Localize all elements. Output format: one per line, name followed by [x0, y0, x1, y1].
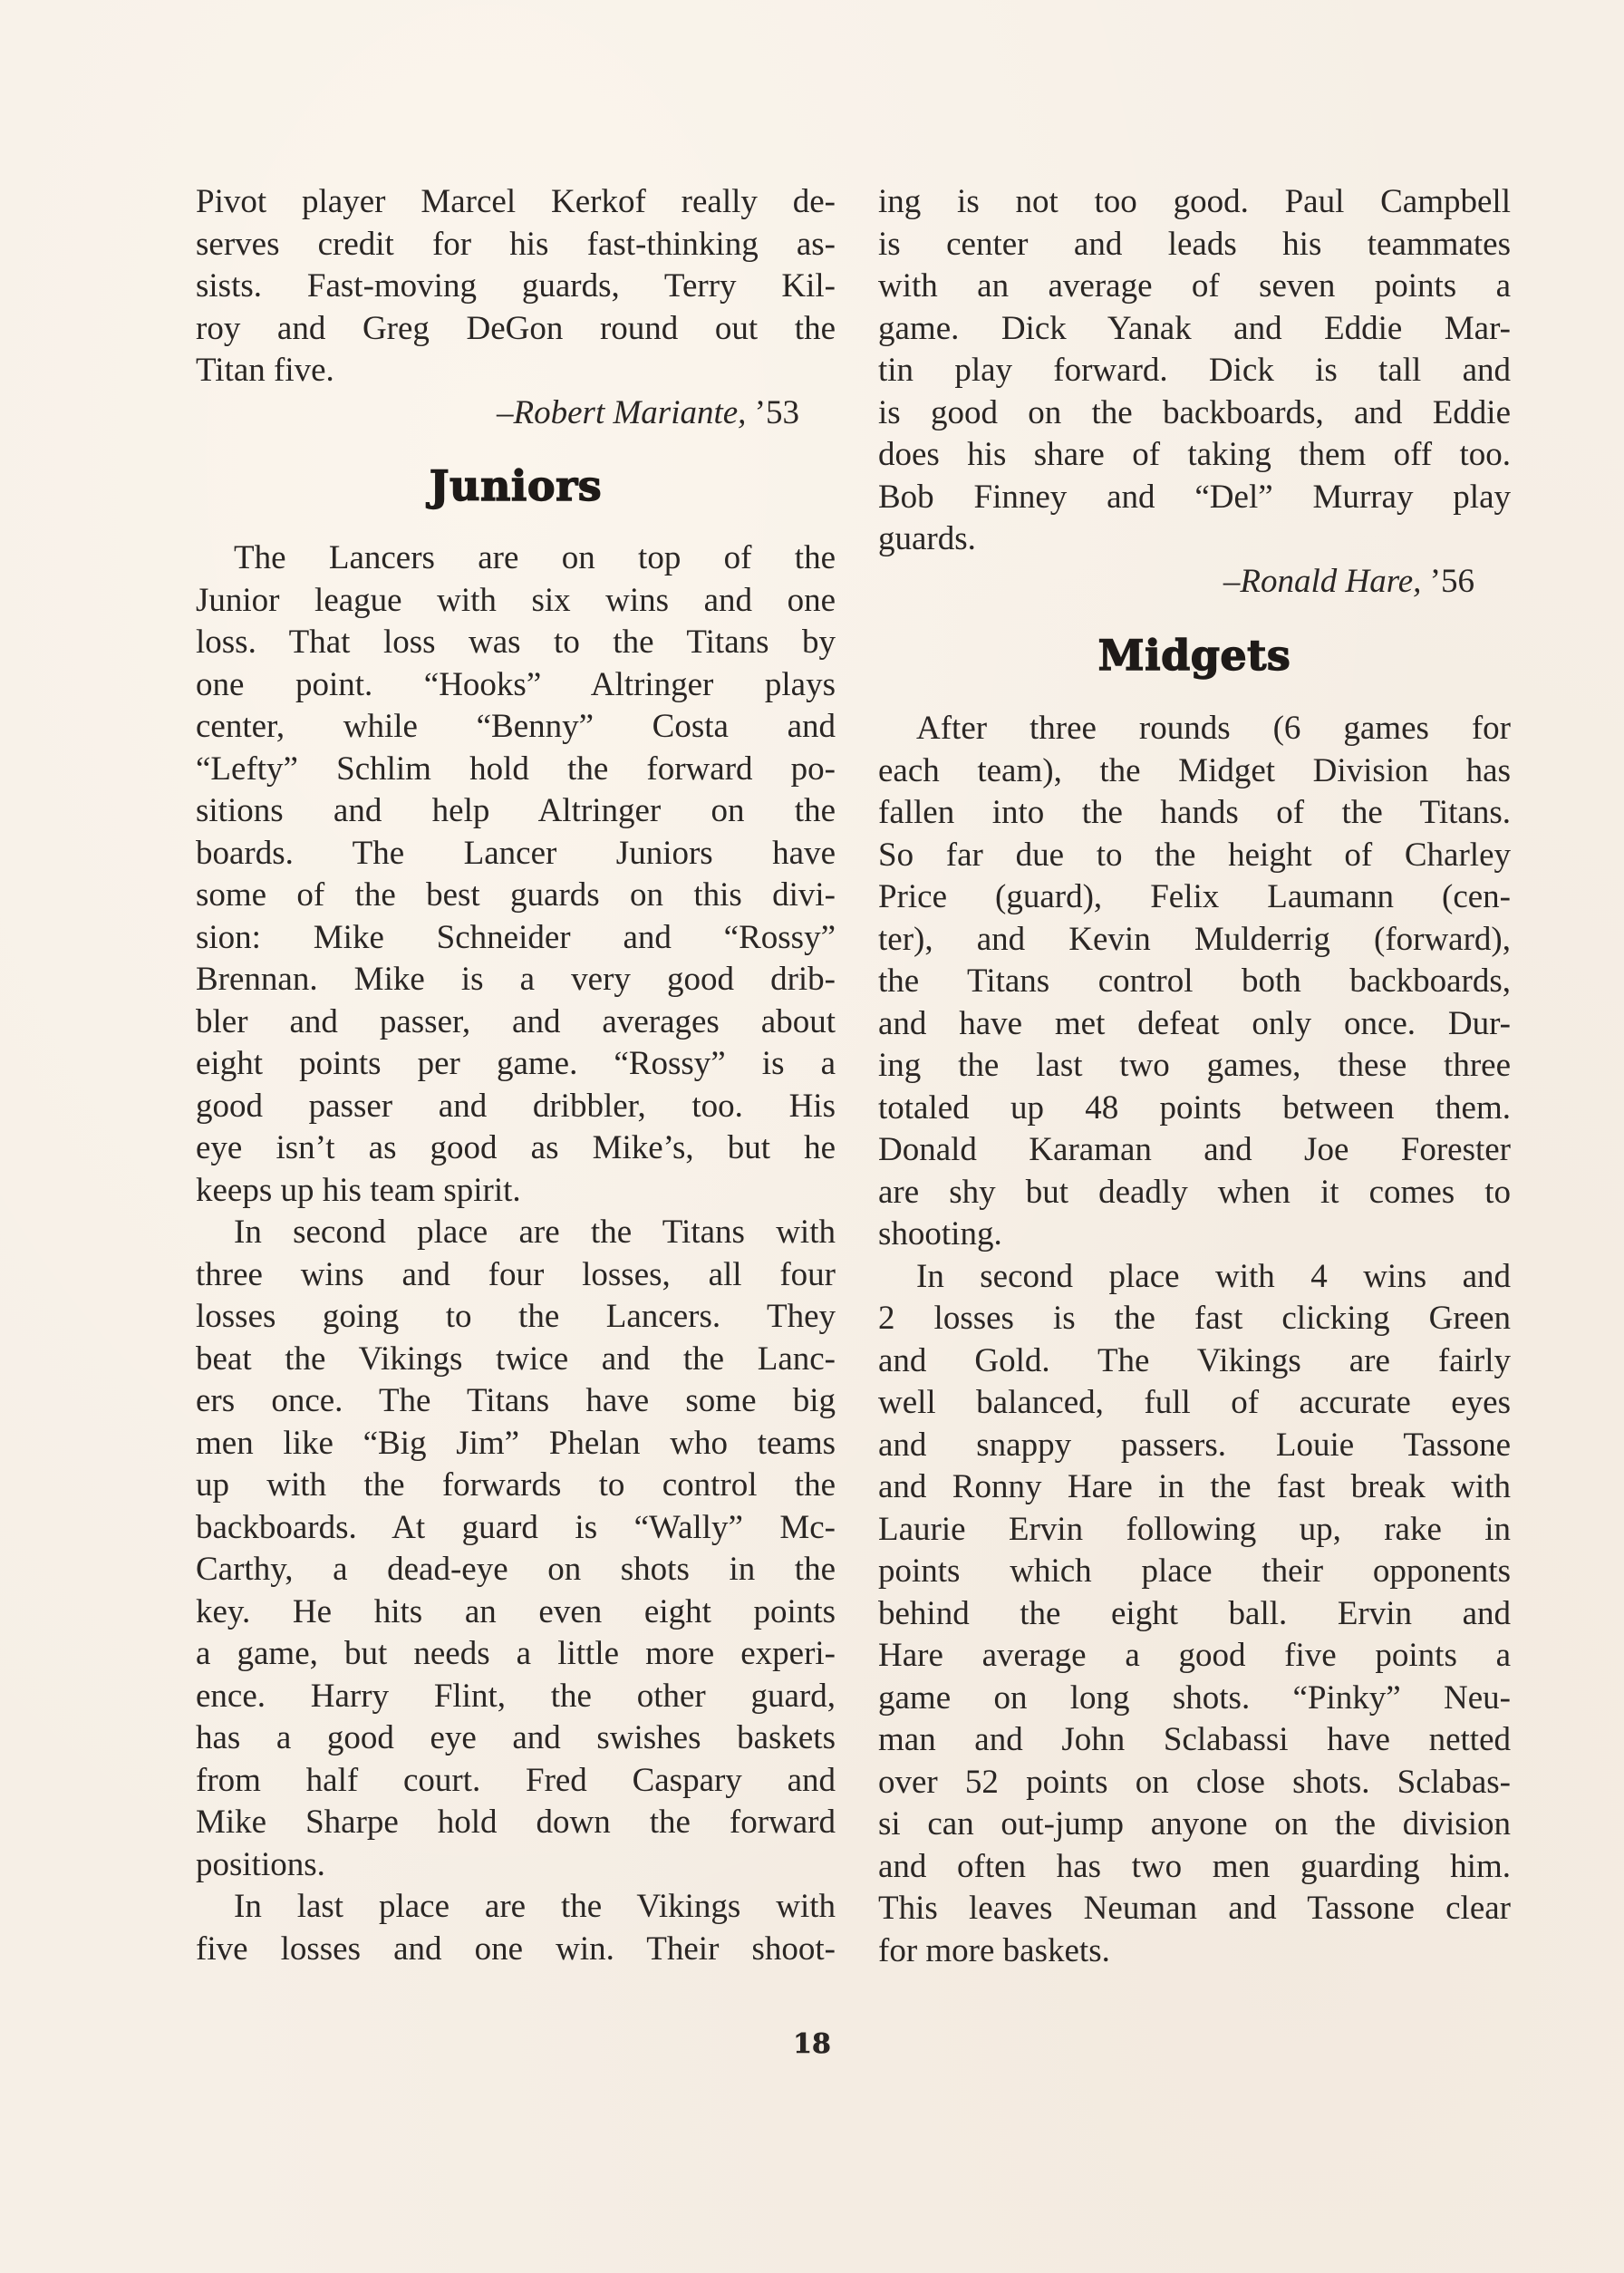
signature-name: –Ronald Hare, [1223, 563, 1422, 600]
text-line: over 52 points on close shots. Sclabas- [878, 1762, 1511, 1804]
page-number: 18 [0, 2028, 1624, 2060]
text-line: In second place with 4 wins and [878, 1256, 1511, 1299]
text-line: The Lancers are on top of the [196, 537, 836, 580]
juniors-paragraph-lancers: The Lancers are on top of the Junior lea… [196, 537, 836, 1212]
text-line: and have met defeat only once. Dur- [878, 1003, 1511, 1046]
text-line: does his share of taking them off too. [878, 434, 1511, 477]
signature-year: ’53 [746, 394, 799, 431]
signature-name: –Robert Mariante, [497, 394, 746, 431]
text-line: guards. [878, 518, 1511, 561]
text-line: beat the Vikings twice and the Lanc- [196, 1339, 836, 1381]
juniors-paragraph-vikings: In last place are the Vikings with five … [196, 1886, 836, 1970]
midgets-paragraph-green-and-gold: In second place with 4 wins and 2 losses… [878, 1256, 1511, 1973]
text-line: Brennan. Mike is a very good drib- [196, 959, 836, 1001]
text-line: ing the last two games, these three [878, 1045, 1511, 1088]
author-signature-robert-mariante: –Robert Mariante, ’53 [196, 392, 836, 435]
text-line: Titan five. [196, 350, 836, 392]
text-line: si can out-jump anyone on the division [878, 1804, 1511, 1846]
text-line: some of the best guards on this divi- [196, 875, 836, 917]
text-line: sion: Mike Schneider and “Rossy” [196, 917, 836, 960]
text-line: ers once. The Titans have some big [196, 1380, 836, 1423]
signature-year: ’56 [1421, 563, 1474, 600]
text-line: tin play forward. Dick is tall and [878, 350, 1511, 392]
text-line: five losses and one win. Their shoot- [196, 1929, 836, 1971]
text-line: losses going to the Lancers. They [196, 1296, 836, 1339]
left-column: Pivot player Marcel Kerkof really de- se… [196, 181, 836, 1970]
text-line: Mike Sharpe hold down the forward [196, 1802, 836, 1844]
text-line: loss. That loss was to the Titans by [196, 622, 836, 664]
titans-intro-paragraph: Pivot player Marcel Kerkof really de- se… [196, 181, 836, 392]
text-line: Donald Karaman and Joe Forester [878, 1129, 1511, 1172]
text-line: is center and leads his teammates [878, 224, 1511, 266]
text-line: key. He hits an even eight points [196, 1591, 836, 1634]
text-line: This leaves Neuman and Tassone clear [878, 1888, 1511, 1930]
document-page: Pivot player Marcel Kerkof really de- se… [0, 0, 1624, 2273]
text-line: eight points per game. “Rossy” is a [196, 1043, 836, 1086]
text-line: is good on the backboards, and Eddie [878, 392, 1511, 435]
text-line: ter), and Kevin Mulderrig (forward), [878, 919, 1511, 962]
text-line: “Lefty” Schlim hold the forward po- [196, 749, 836, 791]
right-column: ing is not too good. Paul Campbell is ce… [878, 181, 1511, 1972]
text-line: men like “Big Jim” Phelan who teams [196, 1423, 836, 1465]
text-line: So far due to the height of Charley [878, 835, 1511, 877]
text-line: boards. The Lancer Juniors have [196, 833, 836, 875]
text-line: the Titans control both backboards, [878, 961, 1511, 1003]
section-heading-midgets: Midgets [878, 603, 1511, 708]
text-line: well balanced, full of accurate eyes [878, 1382, 1511, 1425]
text-line: In second place are the Titans with [196, 1212, 836, 1254]
text-line: sists. Fast-moving guards, Terry Kil- [196, 266, 836, 308]
text-line: man and John Sclabassi have netted [878, 1719, 1511, 1762]
text-line: serves credit for his fast-thinking as- [196, 224, 836, 266]
text-line: positions. [196, 1844, 836, 1887]
text-line: After three rounds (6 games for [878, 708, 1511, 750]
text-line: each team), the Midget Division has [878, 750, 1511, 793]
text-line: Price (guard), Felix Laumann (cen- [878, 876, 1511, 919]
text-line: Junior league with six wins and one [196, 580, 836, 623]
text-line: Laurie Ervin following up, rake in [878, 1509, 1511, 1552]
text-line: In last place are the Vikings with [196, 1886, 836, 1929]
juniors-paragraph-titans: In second place are the Titans with thre… [196, 1212, 836, 1886]
text-line: up with the forwards to control the [196, 1465, 836, 1507]
text-line: with an average of seven points a [878, 266, 1511, 308]
section-heading-juniors: Juniors [196, 434, 836, 537]
text-line: backboards. At guard is “Wally” Mc- [196, 1507, 836, 1550]
text-line: and often has two men guarding him. [878, 1846, 1511, 1889]
text-line: are shy but deadly when it comes to [878, 1172, 1511, 1214]
text-line: and Ronny Hare in the fast break with [878, 1466, 1511, 1509]
text-line: for more baskets. [878, 1930, 1511, 1973]
text-line: Hare average a good five points a [878, 1635, 1511, 1678]
text-line: game on long shots. “Pinky” Neu- [878, 1678, 1511, 1720]
text-line: game. Dick Yanak and Eddie Mar- [878, 308, 1511, 351]
text-line: sitions and help Altringer on the [196, 790, 836, 833]
text-line: Pivot player Marcel Kerkof really de- [196, 181, 836, 224]
text-line: roy and Greg DeGon round out the [196, 308, 836, 351]
text-line: center, while “Benny” Costa and [196, 706, 836, 749]
author-signature-ronald-hare: –Ronald Hare, ’56 [878, 561, 1511, 604]
text-line: and snappy passers. Louie Tassone [878, 1425, 1511, 1467]
text-line: shooting. [878, 1214, 1511, 1256]
text-line: eye isn’t as good as Mike’s, but he [196, 1127, 836, 1170]
text-line: behind the eight ball. Ervin and [878, 1593, 1511, 1636]
text-line: one point. “Hooks” Altringer plays [196, 664, 836, 707]
text-line: ing is not too good. Paul Campbell [878, 181, 1511, 224]
text-line: and Gold. The Vikings are fairly [878, 1340, 1511, 1383]
text-line: 2 losses is the fast clicking Green [878, 1298, 1511, 1340]
juniors-vikings-continued: ing is not too good. Paul Campbell is ce… [878, 181, 1511, 561]
text-line: Carthy, a dead-eye on shots in the [196, 1549, 836, 1591]
text-line: three wins and four losses, all four [196, 1254, 836, 1297]
text-line: keeps up his team spirit. [196, 1170, 836, 1213]
midgets-paragraph-titans: After three rounds (6 games for each tea… [878, 708, 1511, 1256]
text-line: points which place their opponents [878, 1551, 1511, 1593]
text-line: good passer and dribbler, too. His [196, 1086, 836, 1128]
text-line: ence. Harry Flint, the other guard, [196, 1676, 836, 1718]
text-line: from half court. Fred Caspary and [196, 1760, 836, 1803]
text-line: bler and passer, and averages about [196, 1001, 836, 1044]
text-line: totaled up 48 points between them. [878, 1088, 1511, 1130]
text-line: a game, but needs a little more experi- [196, 1633, 836, 1676]
text-line: fallen into the hands of the Titans. [878, 792, 1511, 835]
text-line: has a good eye and swishes baskets [196, 1717, 836, 1760]
text-line: Bob Finney and “Del” Murray play [878, 477, 1511, 519]
